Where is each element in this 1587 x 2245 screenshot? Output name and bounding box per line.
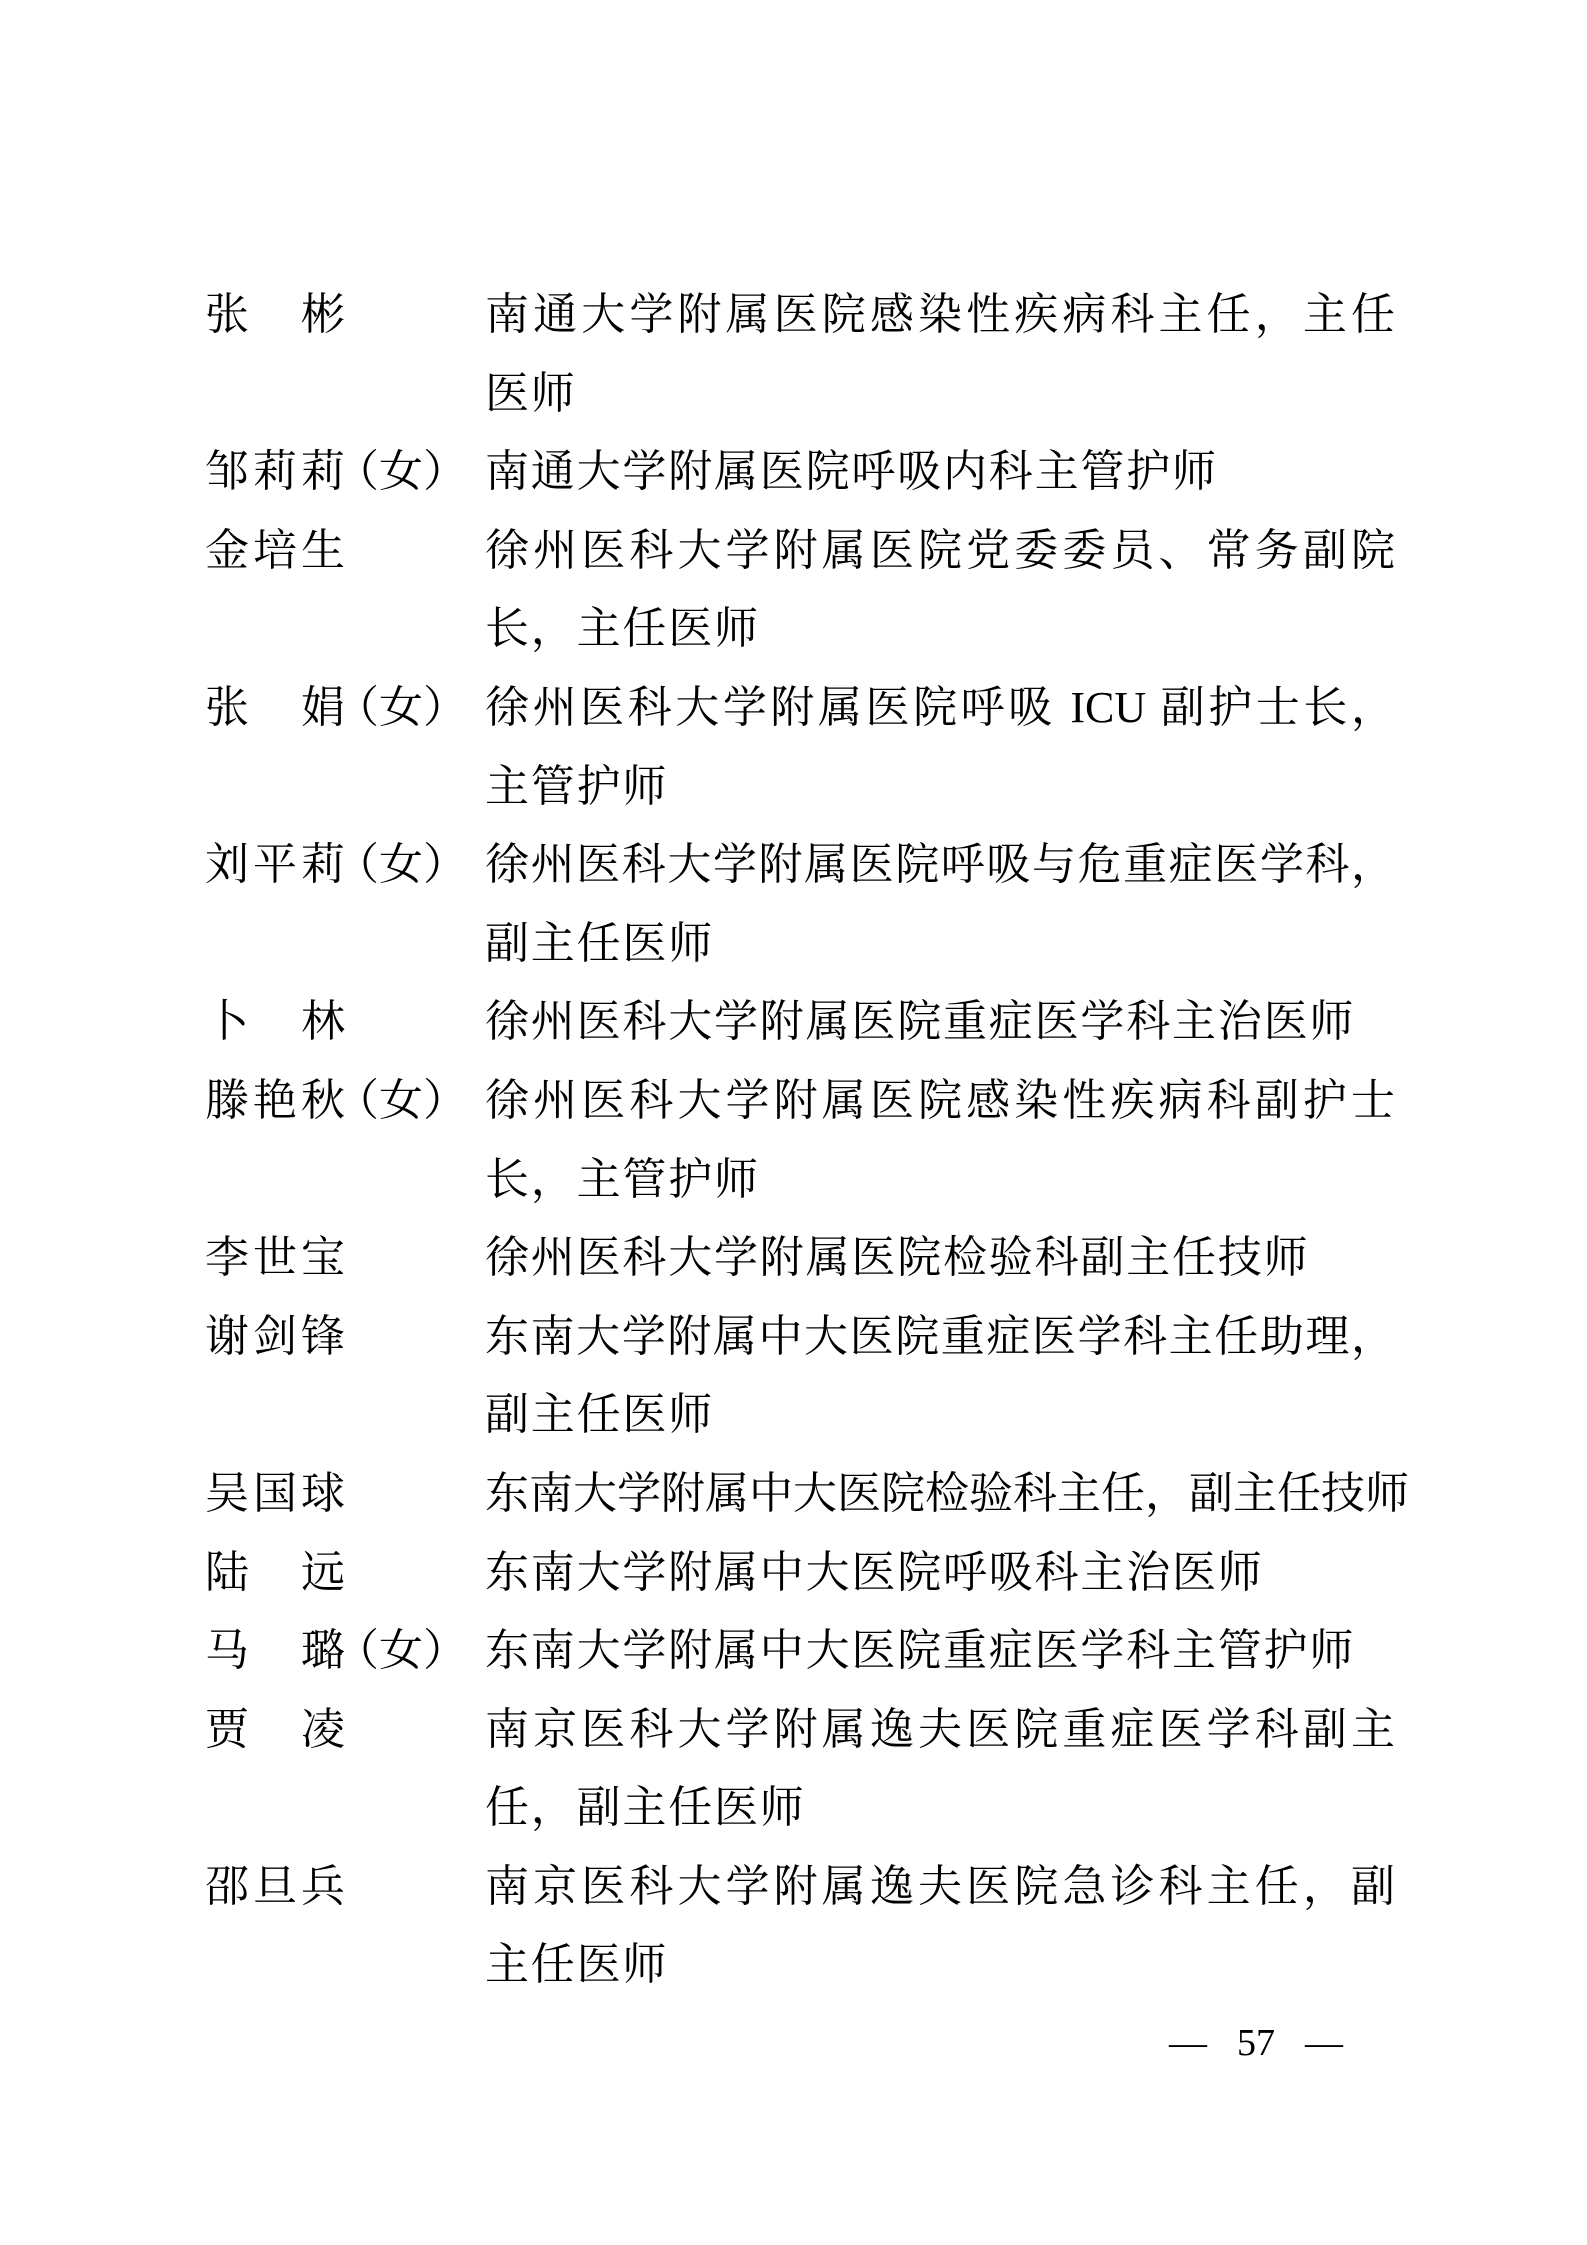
list-item: 金培生徐州医科大学附属医院党委委员、常务副院长，主任医师	[205, 512, 1405, 669]
name-cell: 马 璐（女）	[205, 1612, 485, 1691]
description: 徐州医科大学附属医院呼吸 ICU 副护士长，主管护师	[485, 669, 1395, 826]
description-line: 南京医科大学附属逸夫医院急诊科主任，副	[485, 1848, 1395, 1927]
list-item: 卜 林徐州医科大学附属医院重症医学科主治医师	[205, 983, 1405, 1062]
name-cell: 张 娟（女）	[205, 669, 485, 748]
description: 南通大学附属医院呼吸内科主管护师	[485, 433, 1395, 512]
description-line: 东南大学附属中大医院重症医学科主任助理，	[485, 1298, 1395, 1377]
name-cell: 李世宝	[205, 1219, 485, 1298]
document-page: 张 彬南通大学附属医院感染性疾病科主任，主任医师邹莉莉（女）南通大学附属医院呼吸…	[0, 0, 1587, 2245]
description-line: 徐州医科大学附属医院党委委员、常务副院	[485, 512, 1395, 591]
description: 南京医科大学附属逸夫医院急诊科主任，副主任医师	[485, 1848, 1395, 2005]
list-item: 谢剑锋东南大学附属中大医院重症医学科主任助理，副主任医师	[205, 1298, 1405, 1455]
person-name: 邵旦兵	[205, 1848, 345, 1927]
gender-suffix: （女）	[357, 447, 445, 496]
person-name: 李世宝	[205, 1219, 345, 1298]
name-cell: 吴国球	[205, 1455, 485, 1534]
page-number: 57	[1237, 2024, 1275, 2062]
person-name: 贾 凌	[205, 1691, 345, 1770]
name-cell: 谢剑锋	[205, 1298, 485, 1377]
description-line: 任，副主任医师	[485, 1769, 1395, 1848]
name-cell: 邵旦兵	[205, 1848, 485, 1927]
person-name: 陆 远	[205, 1534, 345, 1613]
name-cell: 邹莉莉（女）	[205, 433, 485, 512]
description: 东南大学附属中大医院重症医学科主任助理，副主任医师	[485, 1298, 1395, 1455]
description: 东南大学附属中大医院重症医学科主管护师	[485, 1612, 1395, 1691]
list-item: 张 娟（女）徐州医科大学附属医院呼吸 ICU 副护士长，主管护师	[205, 669, 1405, 826]
person-name: 马 璐	[205, 1612, 345, 1691]
description-line: 长，主任医师	[485, 590, 1395, 669]
description-line: 东南大学附属中大医院检验科主任，副主任技师	[485, 1455, 1395, 1534]
name-cell: 滕艳秋（女）	[205, 1062, 485, 1141]
name-cell: 刘平莉（女）	[205, 826, 485, 905]
name-cell: 贾 凌	[205, 1691, 485, 1770]
description-line: 南京医科大学附属逸夫医院重症医学科副主	[485, 1691, 1395, 1770]
list-item: 邹莉莉（女）南通大学附属医院呼吸内科主管护师	[205, 433, 1405, 512]
gender-suffix: （女）	[357, 683, 445, 732]
list-item: 吴国球东南大学附属中大医院检验科主任，副主任技师	[205, 1455, 1405, 1534]
description: 徐州医科大学附属医院呼吸与危重症医学科，副主任医师	[485, 826, 1395, 983]
description-line: 副主任医师	[485, 905, 1395, 984]
name-cell: 卜 林	[205, 983, 485, 1062]
list-item: 滕艳秋（女）徐州医科大学附属医院感染性疾病科副护士长，主管护师	[205, 1062, 1405, 1219]
page-number-dash-left: —	[1169, 2024, 1207, 2062]
person-name: 卜 林	[205, 983, 345, 1062]
description: 徐州医科大学附属医院检验科副主任技师	[485, 1219, 1395, 1298]
description-line: 徐州医科大学附属医院呼吸 ICU 副护士长，	[485, 669, 1395, 748]
list-item: 马 璐（女）东南大学附属中大医院重症医学科主管护师	[205, 1612, 1405, 1691]
list-item: 陆 远东南大学附属中大医院呼吸科主治医师	[205, 1534, 1405, 1613]
description-line: 徐州医科大学附属医院重症医学科主治医师	[485, 983, 1395, 1062]
list-item: 张 彬南通大学附属医院感染性疾病科主任，主任医师	[205, 276, 1405, 433]
description-line: 南通大学附属医院感染性疾病科主任，主任	[485, 276, 1395, 355]
name-list: 张 彬南通大学附属医院感染性疾病科主任，主任医师邹莉莉（女）南通大学附属医院呼吸…	[205, 276, 1405, 2005]
description-line: 东南大学附属中大医院呼吸科主治医师	[485, 1534, 1395, 1613]
description-line: 医师	[485, 355, 1395, 434]
person-name: 滕艳秋	[205, 1062, 345, 1141]
description: 徐州医科大学附属医院感染性疾病科副护士长，主管护师	[485, 1062, 1395, 1219]
page-number-dash-right: —	[1305, 2024, 1343, 2062]
gender-suffix: （女）	[357, 840, 445, 889]
name-cell: 张 彬	[205, 276, 485, 355]
description-line: 主任医师	[485, 1926, 1395, 2005]
person-name: 刘平莉	[205, 826, 345, 905]
description: 南京医科大学附属逸夫医院重症医学科副主任，副主任医师	[485, 1691, 1395, 1848]
person-name: 张 娟	[205, 669, 345, 748]
list-item: 邵旦兵南京医科大学附属逸夫医院急诊科主任，副主任医师	[205, 1848, 1405, 2005]
gender-suffix: （女）	[357, 1626, 445, 1675]
person-name: 张 彬	[205, 276, 345, 355]
name-cell: 金培生	[205, 512, 485, 591]
person-name: 金培生	[205, 512, 345, 591]
description-line: 东南大学附属中大医院重症医学科主管护师	[485, 1612, 1395, 1691]
description-line: 徐州医科大学附属医院呼吸与危重症医学科，	[485, 826, 1395, 905]
description: 东南大学附属中大医院呼吸科主治医师	[485, 1534, 1395, 1613]
description-line: 徐州医科大学附属医院感染性疾病科副护士	[485, 1062, 1395, 1141]
gender-suffix: （女）	[357, 1076, 445, 1125]
list-item: 贾 凌南京医科大学附属逸夫医院重症医学科副主任，副主任医师	[205, 1691, 1405, 1848]
description-line: 徐州医科大学附属医院检验科副主任技师	[485, 1219, 1395, 1298]
page-footer: — 57 —	[1169, 2024, 1343, 2062]
description: 徐州医科大学附属医院党委委员、常务副院长，主任医师	[485, 512, 1395, 669]
description: 南通大学附属医院感染性疾病科主任，主任医师	[485, 276, 1395, 433]
name-cell: 陆 远	[205, 1534, 485, 1613]
description-line: 副主任医师	[485, 1376, 1395, 1455]
list-item: 刘平莉（女）徐州医科大学附属医院呼吸与危重症医学科，副主任医师	[205, 826, 1405, 983]
description: 东南大学附属中大医院检验科主任，副主任技师	[485, 1455, 1395, 1534]
description: 徐州医科大学附属医院重症医学科主治医师	[485, 983, 1395, 1062]
list-item: 李世宝徐州医科大学附属医院检验科副主任技师	[205, 1219, 1405, 1298]
description-line: 南通大学附属医院呼吸内科主管护师	[485, 433, 1395, 512]
person-name: 邹莉莉	[205, 433, 345, 512]
description-line: 长，主管护师	[485, 1141, 1395, 1220]
description-line: 主管护师	[485, 748, 1395, 827]
person-name: 吴国球	[205, 1455, 345, 1534]
person-name: 谢剑锋	[205, 1298, 345, 1377]
